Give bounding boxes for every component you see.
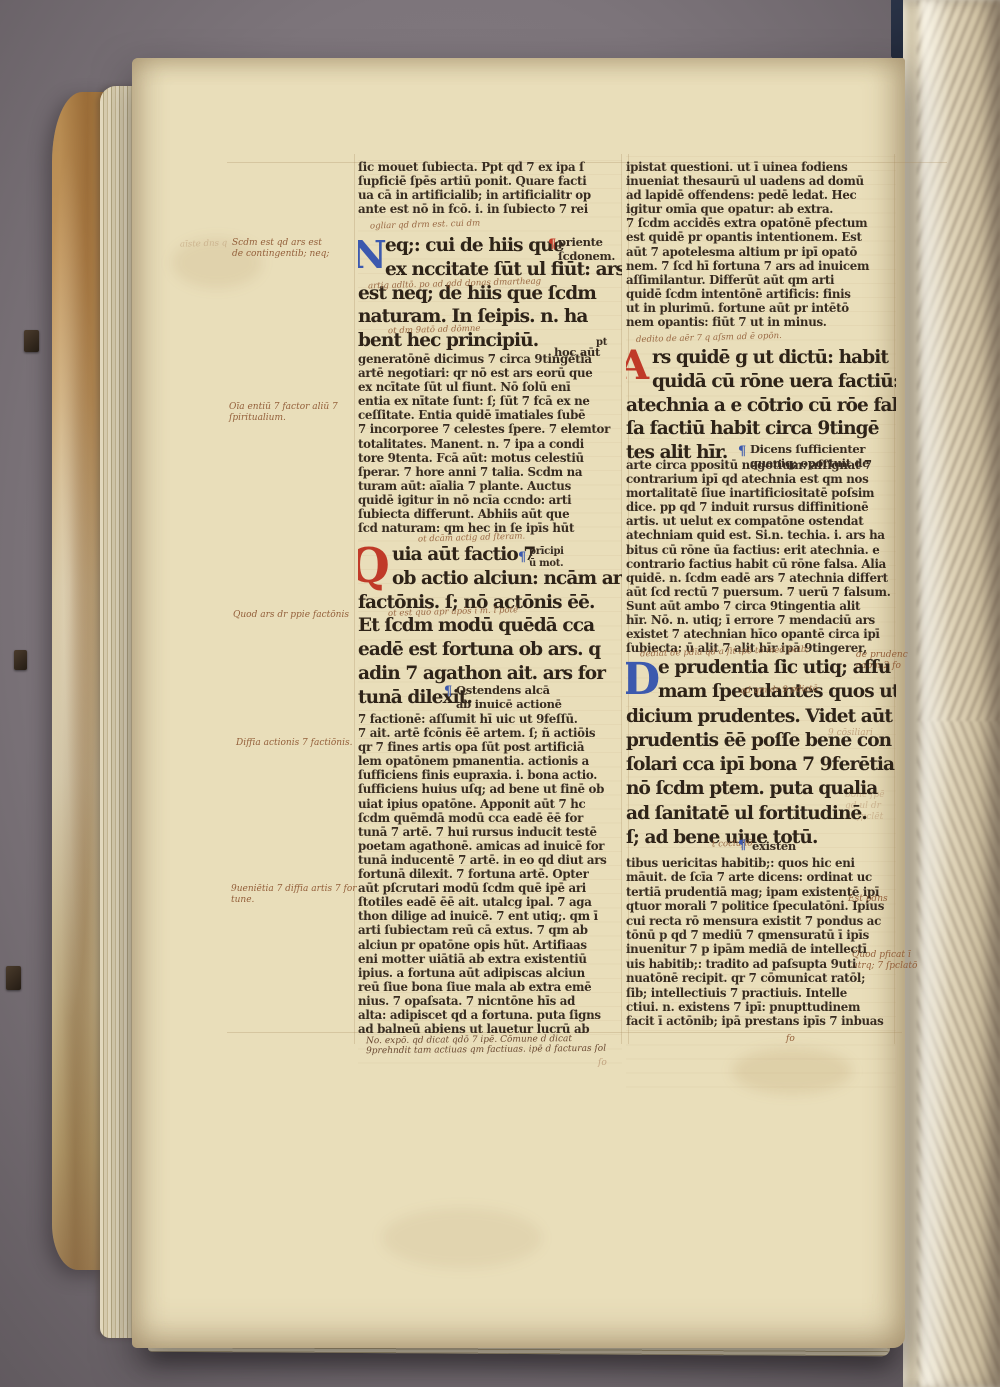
cursive-gloss: t cocluſiō [712, 839, 753, 850]
inset-words: prīcipi ū mot. [529, 546, 564, 570]
margin-note: Scdm est qd ars est de contingentib; neq… [232, 238, 329, 260]
paraph-icon: ¶ [738, 838, 746, 853]
photo-backdrop: aīste dns q Scdm est qd ars est de conti… [0, 0, 1000, 1387]
margin-note: Oīa entiū 7 factor aliū 7 ſpiritualium. [229, 402, 338, 424]
paraph-icon: ¶ [518, 550, 526, 565]
text-column-left: ſic mouet ſubiecta. Ppt qd 7 ex ipa ſ ſu… [358, 160, 622, 1072]
inset-words: existen [752, 840, 796, 854]
cursive-gloss: ogliar qd drm est. cui dm [370, 219, 480, 232]
text-block-large: rs quidē g ut dictū: habit quidā cū rōne… [626, 346, 896, 394]
folio-mark: fo [786, 1034, 795, 1045]
fore-edge-highlight [921, 0, 951, 1387]
text-block-large: uia aūt factio 7 ob actio alciun: ncām a… [358, 543, 622, 591]
paraph-icon: ¶ [738, 444, 746, 459]
folio-mark: ſo [598, 1058, 607, 1069]
inset-words: Ostendens alcā ab inuicē actionē [456, 684, 562, 711]
commentary-block: ipistat questioni. ut ī uinea fodiens in… [626, 160, 869, 329]
commentary-block: arte circa ppositū negotium: aſſignat 7 … [626, 458, 891, 655]
text-column-right: ipistat questioni. ut ī uinea fodiens in… [626, 156, 896, 1096]
text-block-large: est neq; de hiis que ſcdm naturam. In ſe… [358, 282, 596, 353]
stain [382, 1208, 542, 1268]
text-block-large: dicium prudentes. Videt aūt prudentis ēē… [626, 705, 894, 851]
manuscript-page: aīste dns q Scdm est qd ars est de conti… [132, 58, 905, 1348]
cursive-gloss: dedito de aēr 7 q aſsm ad ē opōn. [636, 332, 782, 346]
commentary-block: 7 factionē: aſſumit hī uic ut 9feſſū. 7 … [358, 712, 607, 1036]
bottom-gloss: No. expō. qd dicat qdō 7 ipē. Cōmune d d… [366, 1035, 606, 1057]
margin-note: 9ueniētia 7 diffia artis 7 for tune. [231, 884, 357, 906]
paraph-icon: ¶ [444, 684, 452, 699]
inset-rubric: priente ſcdonem. [558, 236, 615, 263]
paraph-icon: ¶ [548, 237, 556, 252]
margin-note: Diffia actionis 7 factiōnis. [236, 738, 352, 749]
book-clasp [24, 330, 39, 352]
commentary-block: generatōnē dicimus 7 circa 9tingētia art… [358, 352, 610, 535]
book-clasp [6, 966, 21, 990]
ruling-line [354, 154, 355, 1044]
faint-inscription: aīste dns q [180, 239, 227, 250]
book-clasp [14, 650, 27, 670]
commentary-block: ſic mouet ſubiecta. Ppt qd 7 ex ipa ſ ſu… [358, 160, 591, 216]
commentary-block: tibus uericitas habitib;: quos hic eni m… [626, 856, 884, 1029]
text-block-large: e prudentia ſic utiq; aſſu mam ſpeculant… [626, 656, 896, 705]
margin-note: Quod ars dr ppie factōnis [233, 610, 349, 621]
fore-edge-pages [903, 0, 1000, 1387]
